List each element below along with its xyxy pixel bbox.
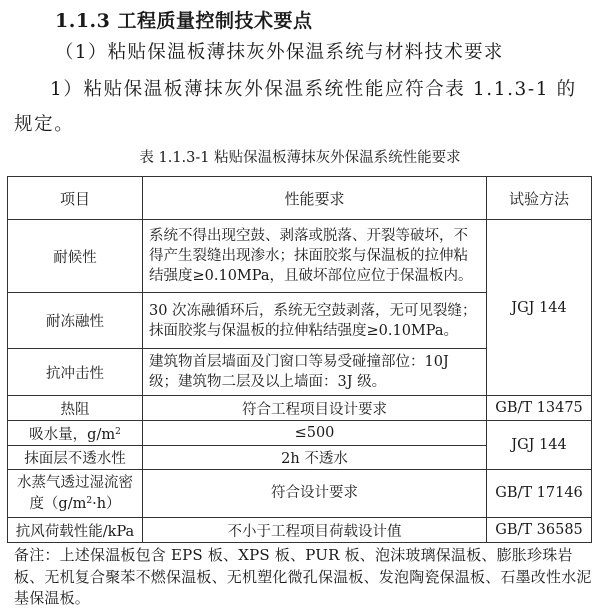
cell-test-method: GB/T 17146 [487,470,592,518]
cell-requirement: 建筑物首层墙面及门窗口等易受碰撞部位：10J 级；建筑物二层及以上墙面：3J 级… [143,349,487,396]
header-item: 项目 [8,177,143,220]
table-row: 抗风荷载性能/kPa 不小于工程项目荷载设计值 GB/T 36585 [8,518,592,543]
header-requirement: 性能要求 [143,177,487,220]
header-test-method: 试验方法 [487,177,592,220]
cell-item: 抹面层不透水性 [8,446,143,470]
cell-item: 抗风荷载性能/kPa [8,518,143,543]
table-row: 吸水量，g/m2 ≤500 JGJ 144 [8,421,592,446]
cell-requirement: 符合设计要求 [143,470,487,518]
cell-requirement: 30 次冻融循环后，系统无空鼓剥落，无可见裂缝；抹面胶浆与保温板的拉伸粘结强度≥… [143,293,487,349]
cell-item: 耐冻融性 [8,293,143,349]
cell-test-method: JGJ 144 [487,421,592,470]
item-text-line2b: ·h） [92,496,120,512]
item-text-line1: 水蒸气透过湿流密 [17,475,133,491]
cell-test-method: GB/T 36585 [487,518,592,543]
table-row: 水蒸气透过湿流密度（g/m2·h） 符合设计要求 GB/T 17146 [8,470,592,518]
cell-requirement: ≤500 [143,421,487,446]
section-heading: 1.1.3 工程质量控制技术要点 [55,6,313,33]
item-text: 吸水量，g/m [29,427,115,443]
cell-item: 耐候性 [8,220,143,293]
table-row: 耐候性 系统不得出现空鼓、剥落或脱落、开裂等破坏，不得产生裂缝出现渗水；抹面胶浆… [8,220,592,293]
cell-requirement: 符合工程项目设计要求 [143,396,487,421]
performance-requirements-table: 项目 性能要求 试验方法 耐候性 系统不得出现空鼓、剥落或脱落、开裂等破坏，不得… [7,176,592,543]
table-header-row: 项目 性能要求 试验方法 [8,177,592,220]
cell-item: 水蒸气透过湿流密度（g/m2·h） [8,470,143,518]
cell-test-method: GB/T 13475 [487,396,592,421]
cell-requirement: 2h 不透水 [143,446,487,470]
table-note: 备注：上述保温板包含 EPS 板、XPS 板、PUR 板、泡沫玻璃保温板、膨胀珍… [14,545,594,610]
cell-item: 抗冲击性 [8,349,143,396]
cell-item: 热阻 [8,396,143,421]
cell-requirement: 系统不得出现空鼓、剥落或脱落、开裂等破坏，不得产生裂缝出现渗水；抹面胶浆与保温板… [143,220,487,293]
cell-requirement: 不小于工程项目荷载设计值 [143,518,487,543]
table-row: 热阻 符合工程项目设计要求 GB/T 13475 [8,396,592,421]
cell-test-method: JGJ 144 [487,220,592,396]
cell-item: 吸水量，g/m2 [8,421,143,446]
item-text-line2a: 度（g/m [29,496,86,512]
sub-heading: （1）粘贴保温板薄抹灰外保温系统与材料技术要求 [55,38,504,64]
superscript: 2 [115,427,121,437]
table-caption: 表 1.1.3-1 粘贴保温板薄抹灰外保温系统性能要求 [0,146,600,167]
body-paragraph: 1）粘贴保温板薄抹灰外保温系统性能应符合表 1.1.3-1 的规定。 [14,72,590,142]
